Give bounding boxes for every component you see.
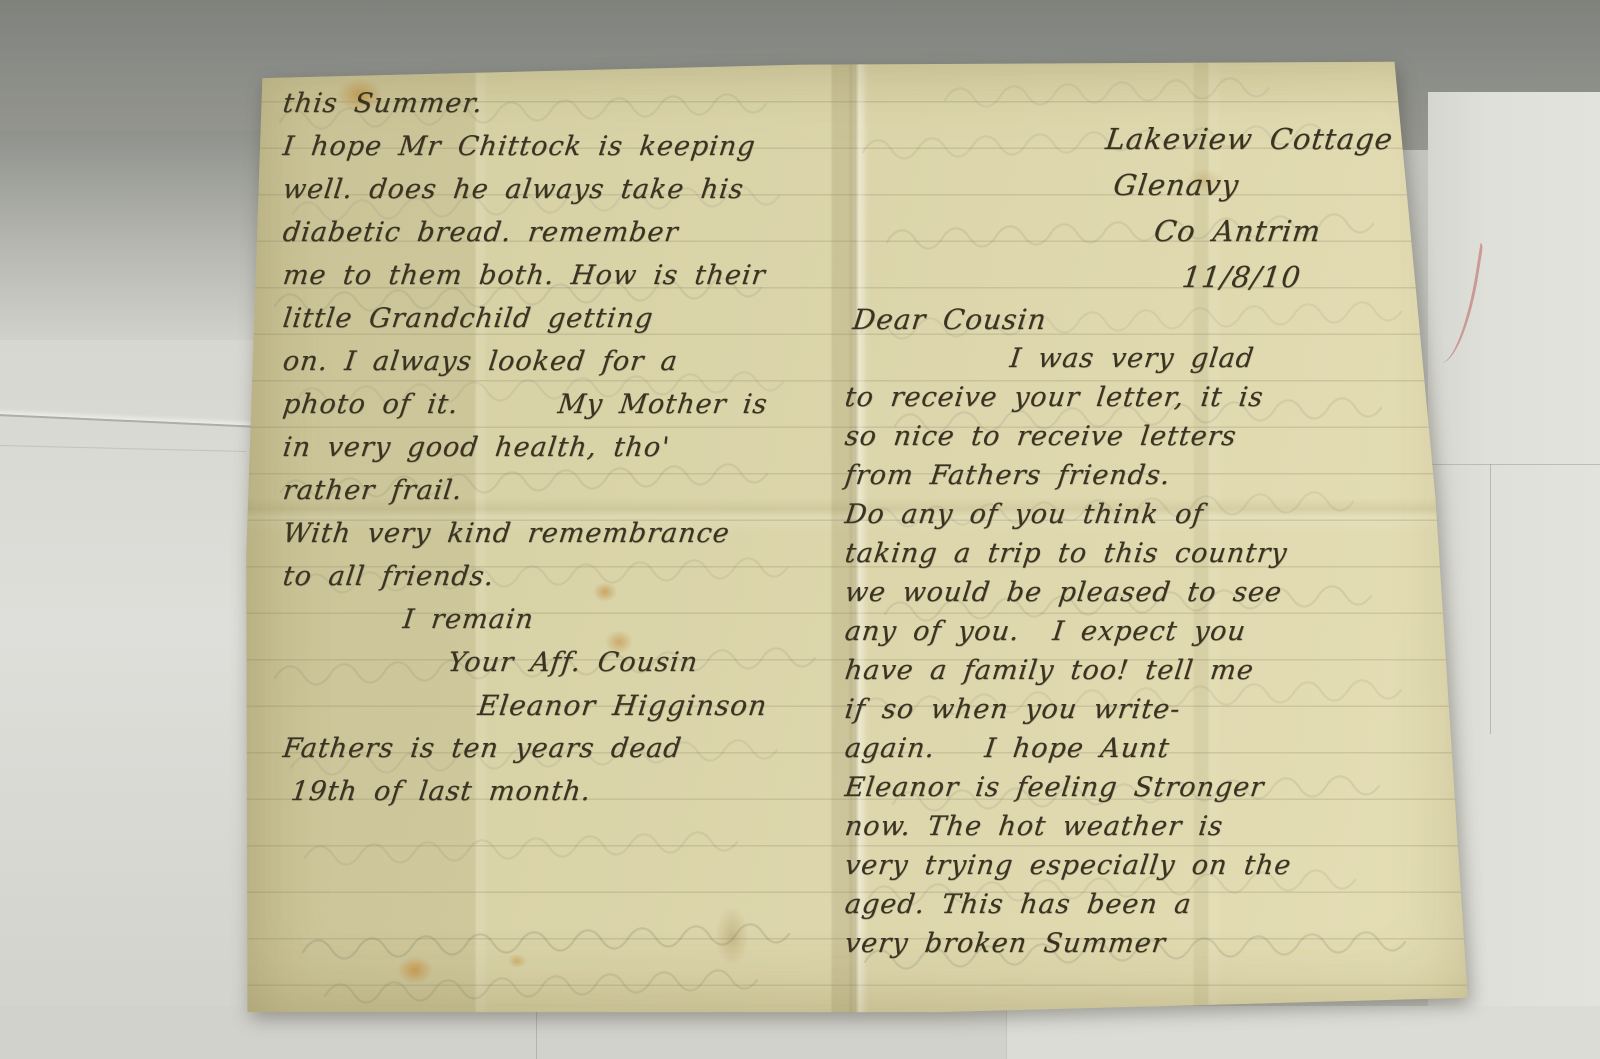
backdrop-white-sheet-left (0, 340, 264, 1059)
photo-of-letter: { "scene": { "background_gray": "#8b8d88… (0, 0, 1600, 1059)
letter-paper: this Summer.I hope Mr Chittock is keepin… (245, 56, 1485, 1016)
paper-stain (369, 60, 389, 76)
paper-vignette (245, 56, 1485, 1016)
letter-sheet: this Summer.I hope Mr Chittock is keepin… (245, 56, 1485, 1016)
paper-seam (1490, 464, 1492, 734)
paper-crease (0, 445, 246, 457)
paper-crease (0, 414, 264, 436)
backdrop-left-transition (0, 130, 264, 360)
